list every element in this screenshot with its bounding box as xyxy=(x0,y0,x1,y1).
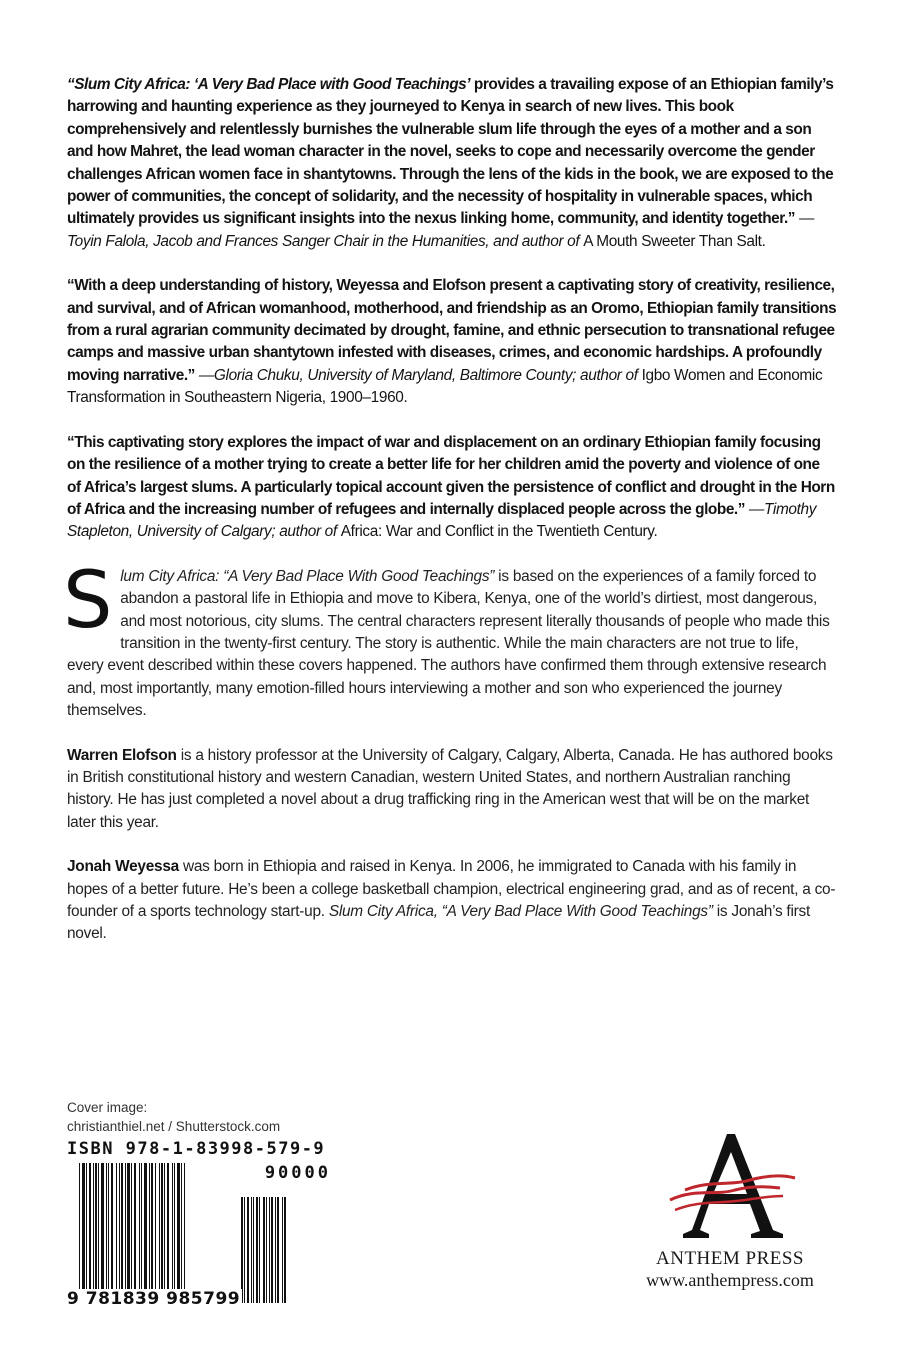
anthem-a-logo-icon xyxy=(655,1130,805,1242)
barcode-icon: 90000 9 781839 985799 xyxy=(67,1159,337,1309)
attribution: —Gloria Chuku, University of Maryland, B… xyxy=(195,367,642,384)
author-bio-weyessa: Jonah Weyessa was born in Ethiopia and r… xyxy=(67,856,837,946)
quote-title: “Slum City Africa: ‘A Very Bad Place wit… xyxy=(67,76,470,93)
quote-body: provides a travailing expose of an Ethio… xyxy=(67,76,834,227)
endorsement-chuku: “With a deep understanding of history, W… xyxy=(67,275,837,409)
author-bio-elofson: Warren Elofson is a history professor at… xyxy=(67,745,837,835)
ean-bars xyxy=(79,1163,185,1303)
ean-digits: 9 781839 985799 xyxy=(67,1289,242,1309)
cover-credit-source: christianthiel.net / Shutterstock.com xyxy=(67,1117,367,1136)
author-name: Warren Elofson xyxy=(67,747,177,764)
quote-body: “This captivating story explores the imp… xyxy=(67,434,835,518)
endorsement-falola: “Slum City Africa: ‘A Very Bad Place wit… xyxy=(67,74,837,253)
isbn-text: ISBN 978-1-83998-579-9 xyxy=(67,1139,367,1159)
bio-text: is a history professor at the University… xyxy=(67,747,833,831)
publisher-name: ANTHEM PRESS xyxy=(620,1248,840,1270)
book-title-italic: Slum City Africa, “A Very Bad Place With… xyxy=(329,903,713,920)
book-title-italic: lum City Africa: “A Very Bad Place With … xyxy=(120,568,494,585)
addon-bars xyxy=(241,1197,286,1303)
price-addon-digits: 90000 xyxy=(241,1163,331,1183)
publisher-url: www.anthempress.com xyxy=(620,1270,840,1291)
footer-left: Cover image: christianthiel.net / Shutte… xyxy=(67,1098,367,1309)
drop-cap: S xyxy=(63,568,112,634)
description-body: is based on the experiences of a family … xyxy=(67,568,830,719)
book-description: Slum City Africa: “A Very Bad Place With… xyxy=(67,566,837,723)
endorsement-stapleton: “This captivating story explores the imp… xyxy=(67,432,837,544)
attribution-book-title: Africa: War and Conflict in the Twentiet… xyxy=(341,523,658,540)
back-cover-text: “Slum City Africa: ‘A Very Bad Place wit… xyxy=(67,74,837,946)
author-name: Jonah Weyessa xyxy=(67,858,179,875)
attribution-book-title: A Mouth Sweeter Than Salt. xyxy=(583,233,765,250)
publisher-logo: ANTHEM PRESS www.anthempress.com xyxy=(620,1130,840,1291)
cover-credit-label: Cover image: xyxy=(67,1098,367,1117)
